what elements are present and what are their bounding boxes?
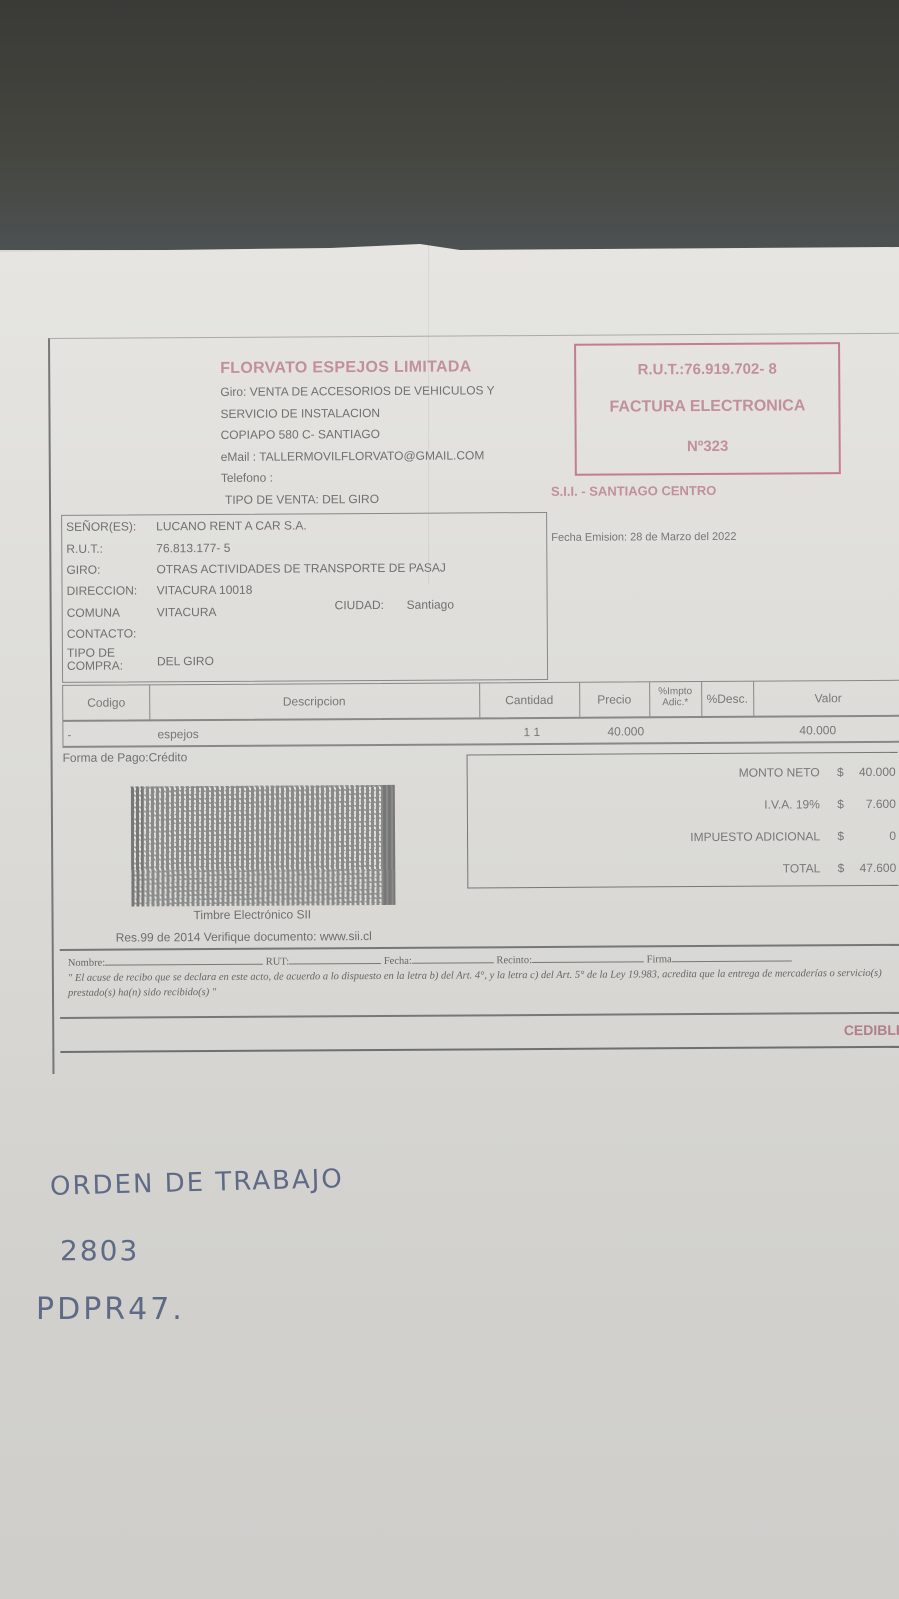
total-currency: $ [838,861,845,875]
issuer-block: FLORVATO ESPEJOS LIMITADA Giro: VENTA DE… [220,354,551,511]
client-label: R.U.T.: [66,542,103,556]
emission-date: Fecha Emision: 28 de Marzo del 2022 [551,531,736,544]
client-name: LUCANO RENT A CAR S.A. [156,518,307,533]
firma-label: Firma [647,954,672,965]
sii-office: S.I.I. - SANTIAGO CENTRO [551,483,716,499]
firma-line [672,950,792,962]
col-codigo: Codigo [63,685,150,720]
total-label: I.V.A. 19% [764,797,820,811]
dark-background [0,0,899,250]
receipt-acknowledgement: Nombre: RUT: Fecha: Recinto: Firma " El … [60,944,899,1019]
client-label: GIRO: [66,563,100,577]
issuer-rut: R.U.T.:76.919.702- 8 [576,360,838,379]
totals-box: MONTO NETO $ 40.000 I.V.A. 19% $ 7.600 I… [467,752,899,889]
item-cantidad: 1 1 [523,725,540,739]
invoice-document: FLORVATO ESPEJOS LIMITADA Giro: VENTA DE… [48,333,899,1074]
col-cantidad: Cantidad [479,683,580,718]
col-valor: Valor [753,681,899,716]
document-number: Nº323 [577,437,839,456]
client-address: VITACURA 10018 [157,583,253,598]
document-type: FACTURA ELECTRONICA [576,397,838,417]
document-id-box: R.U.T.:76.919.702- 8 FACTURA ELECTRONICA… [574,342,841,476]
issuer-name: FLORVATO ESPEJOS LIMITADA [220,354,550,382]
handwritten-work-order-number: 2803 [60,1234,139,1267]
monto-neto: 40.000 [859,765,896,779]
item-codigo: - [67,728,71,742]
issuer-giro: Giro: VENTA DE ACCESORIOS DE VEHICULOS Y [220,380,550,404]
issuer-address: COPIAPO 580 C- SANTIAGO [221,423,551,447]
total-currency: $ [837,797,844,811]
client-label: DIRECCION: [67,583,138,597]
col-desc: %Desc. [701,682,754,716]
total-line: IMPUESTO ADICIONAL $ 0 [468,829,898,852]
client-label: COMUNA [67,606,120,620]
client-label: CONTACTO: [67,626,137,640]
item-descripcion: espejos [157,727,198,741]
client-purchase-type: DEL GIRO [157,654,214,668]
client-label: SEÑOR(ES): [66,519,136,533]
total-label: MONTO NETO [739,765,820,779]
items-header: Codigo Descripcion Cantidad Precio %Impt… [62,680,899,722]
col-precio: Precio [579,682,650,716]
col-descripcion: Descripcion [149,683,480,719]
item-valor: 40.000 [799,723,836,737]
iva-amount: 7.600 [866,797,896,811]
total-line: I.V.A. 19% $ 7.600 [468,797,898,820]
total-currency: $ [837,829,844,843]
total-label: IMPUESTO ADICIONAL [690,829,820,844]
impuesto-adicional: 0 [889,829,896,843]
total-line: TOTAL $ 47.600 [468,861,898,884]
cedible-label: CEDIBLE [844,1022,899,1038]
col-impto: %Impto Adic.* [649,682,702,716]
total-label: TOTAL [783,861,821,875]
table-row: - espejos 1 1 40.000 40.000 [62,717,899,748]
city-value: Santiago [407,598,454,612]
total-line: MONTO NETO $ 40.000 [468,765,898,788]
verify-link-text: Res.99 de 2014 Verifique documento: www.… [116,929,372,945]
electronic-stamp-barcode [131,785,396,907]
rut-line [289,953,381,965]
issuer-phone: Telefono : [221,466,551,490]
issuer-giro-cont: SERVICIO DE INSTALACION [220,401,550,425]
items-table: Codigo Descripcion Cantidad Precio %Impt… [62,680,899,748]
recinto-label: Recinto: [496,955,532,966]
nombre-line [105,954,263,966]
client-label: TIPO DE COMPRA: [67,646,137,672]
recinto-line [532,951,644,963]
cedible-box: CEDIBLE [60,1014,899,1053]
item-precio: 40.000 [607,724,644,738]
nombre-label: Nombre: [68,958,105,969]
stamp-label: Timbre Electrónico SII [193,907,311,922]
issuer-email: eMail : TALLERMOVILFLORVATO@GMAIL.COM [221,444,551,468]
client-block: SEÑOR(ES): LUCANO RENT A CAR S.A. R.U.T.… [61,512,548,683]
client-rut: 76.813.177- 5 [156,541,230,555]
receipt-legal-note: " El acuse de recibo que se declara en e… [68,966,898,1001]
receipt-fields: Nombre: RUT: Fecha: Recinto: Firma [68,950,792,968]
payment-method: Forma de Pago:Crédito [63,750,188,765]
handwritten-plate: PDPR47. [36,1292,185,1327]
total-currency: $ [837,765,844,779]
city-label: CIUDAD: [335,598,384,612]
client-giro: OTRAS ACTIVIDADES DE TRANSPORTE DE PASAJ [156,561,445,577]
fecha-line [412,952,494,964]
total-amount: 47.600 [860,861,897,875]
rut-label: RUT: [266,957,289,968]
sale-type: TIPO DE VENTA: DEL GIRO [221,487,551,511]
client-comuna: VITACURA [157,605,217,619]
fecha-label: Fecha: [384,956,412,967]
